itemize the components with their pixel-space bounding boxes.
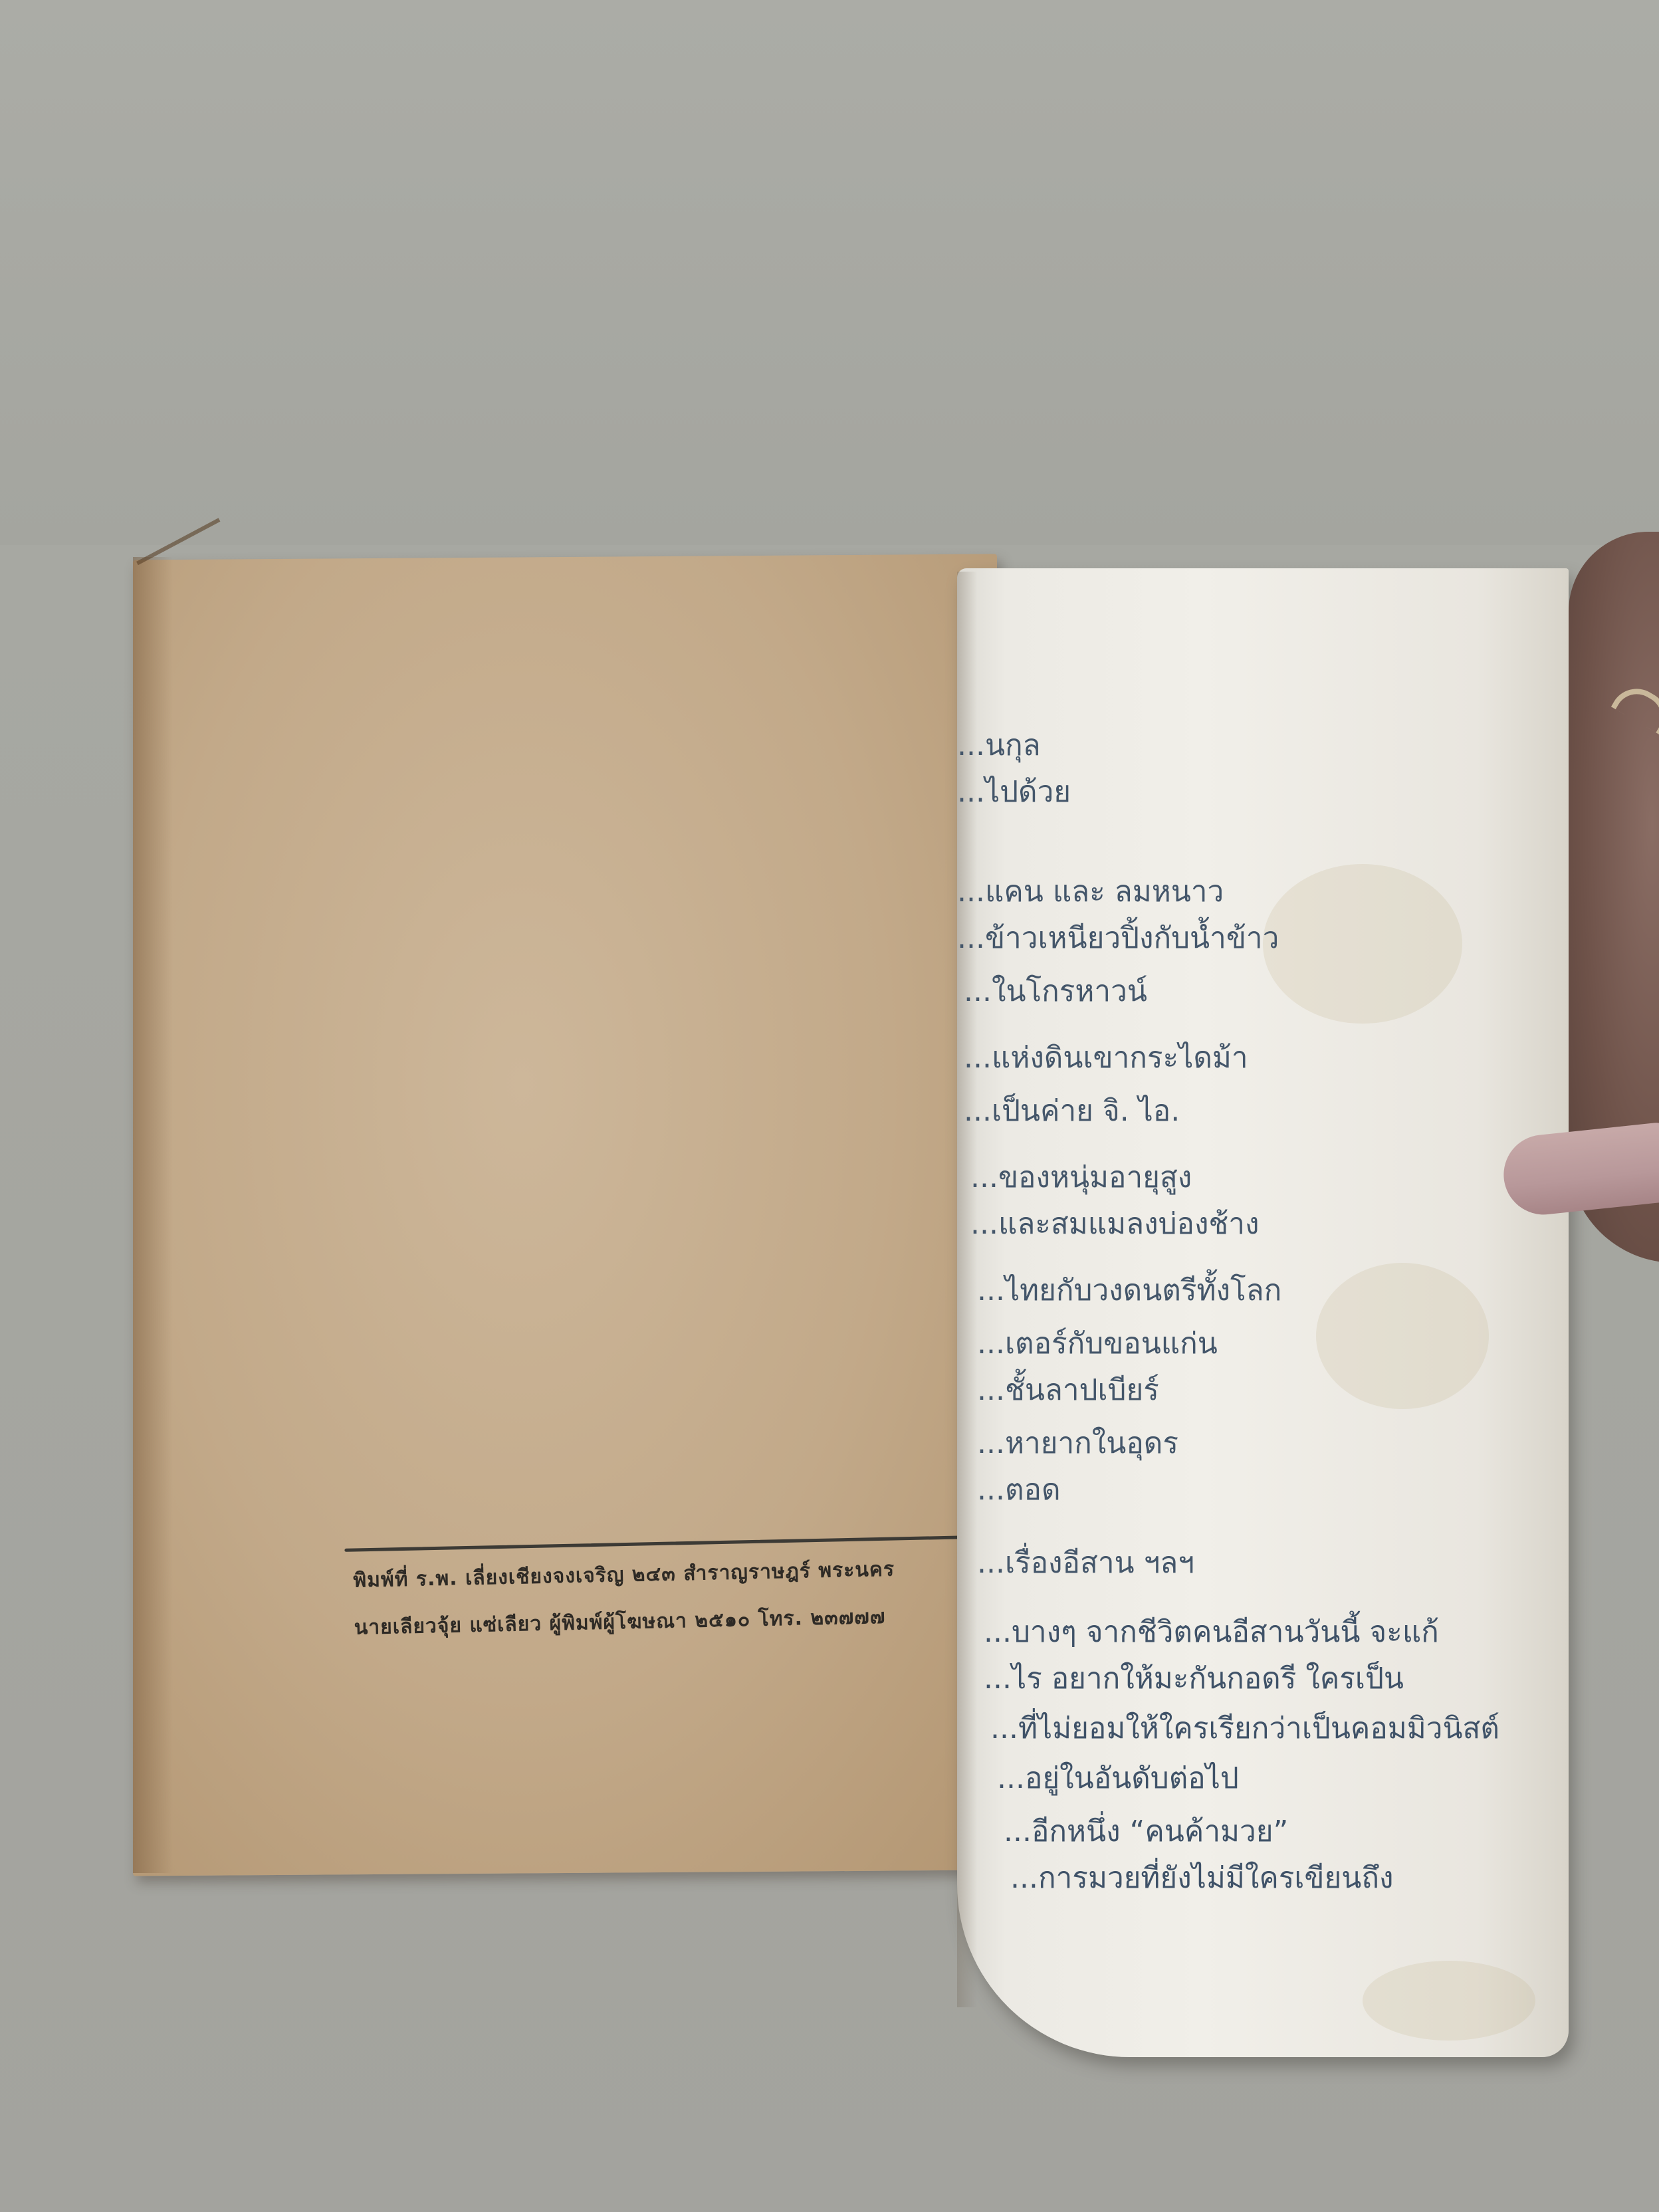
toc-item: ...แคน และ ลมหนาว [957,877,1224,907]
toc-item: ...หายากในอุดร [977,1429,1178,1458]
toc-item: ...ของหนุ่มอายุสูง [970,1163,1192,1192]
toc-item: ...ไปด้วย [957,778,1071,807]
toc-item: ...ชั้นลาปเบียร์ [977,1376,1159,1405]
page-stain [1263,864,1462,1024]
paragraph-line: ...อยู่ในอันดับต่อไป [997,1755,1239,1801]
toc-item: ...และสมแมลงบ่องช้าง [970,1210,1259,1239]
toc-item: ...เตอร์กับขอนแก่น [977,1329,1218,1359]
toc-item: ...เป็นค่าย จิ. ไอ. [964,1097,1180,1126]
page-stain [1363,1961,1535,2041]
toc-item: ...เรื่องอีสาน ฯลฯ [977,1549,1194,1578]
paragraph-line: ...ไร อยากให้มะกันกอดรี ใครเป็น [984,1655,1404,1702]
toc-item: ...แห่งดินเขากระไดม้า [964,1044,1248,1073]
printer-imprint: พิมพ์ที่ ร.พ. เลี่ยงเชียงจงเจริญ ๒๔๓ สำร… [344,1535,971,1660]
page-stain [1316,1263,1489,1409]
paragraph-line: ...อีกหนึ่ง “คนค้ามวย” [1004,1808,1288,1854]
toc-item: ...ตอด [977,1476,1061,1505]
toc-item: ...ข้าวเหนียวปิ้งกับน้ำข้าว [957,924,1279,953]
paragraph-line: ...บางๆ จากชีวิตคนอีสานวันนี้ จะแก้ [984,1608,1439,1655]
paragraph-line: ...การมวยที่ยังไม่มีใครเขียนถึง [1010,1854,1394,1901]
toc-item: ...ในโกรหาวน์ [964,977,1147,1006]
paragraph-line: ...ที่ไม่ยอมให้ใครเรียกว่าเป็นคอมมิวนิสต… [990,1705,1499,1751]
imprint-line-1: พิมพ์ที่ ร.พ. เลี่ยงเชียงจงเจริญ ๒๔๓ สำร… [353,1552,970,1596]
book-back-cover [133,554,997,1876]
background-wall [0,0,1659,545]
toc-item: ...ไทยกับวงดนตรีทั้งโลก [977,1276,1281,1305]
cover-edge-shadow [133,557,173,1873]
toc-item: ...นกุล [957,731,1041,760]
imprint-line-2: นายเลียวจุ้ย แซ่เลียว ผู้พิมพ์ผู้โฆษณา ๒… [354,1599,971,1643]
photo-scene: พิมพ์ที่ ร.พ. เลี่ยงเชียงจงเจริญ ๒๔๓ สำร… [0,0,1659,2212]
